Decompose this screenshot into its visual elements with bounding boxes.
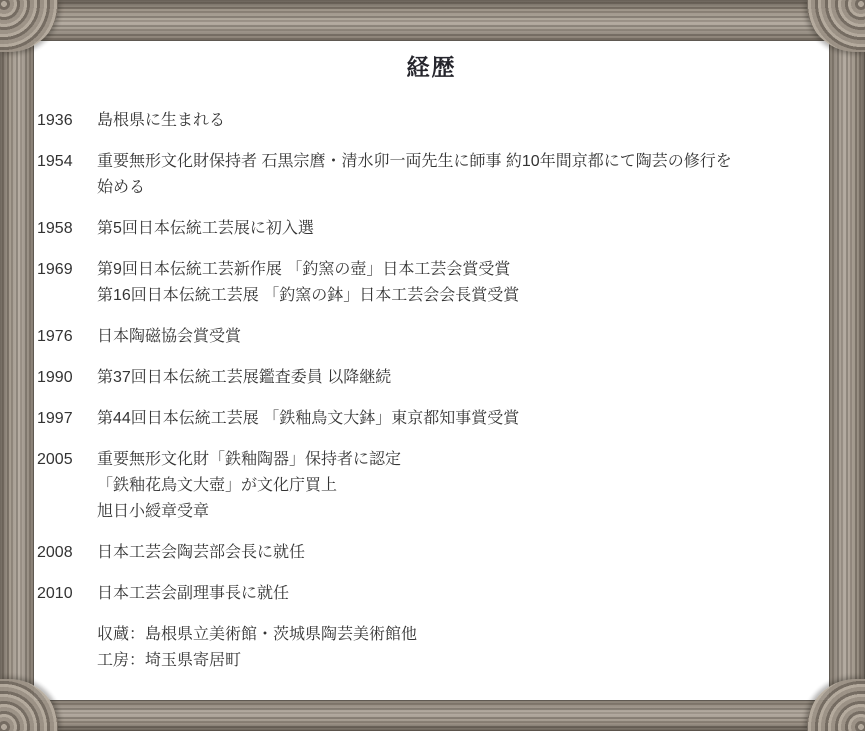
frame-left-edge xyxy=(0,40,34,701)
frame-right-edge xyxy=(829,40,865,701)
timeline-entry: 1990 第37回日本伝統工芸展鑑査委員 以降継続 xyxy=(37,365,820,391)
entry-line: 第44回日本伝統工芸展 「鉄釉鳥文大鉢」東京都知事賞受賞 xyxy=(97,406,820,432)
entry-lines: 島根県に生まれる xyxy=(97,108,820,134)
timeline-entry: 1969 第9回日本伝統工芸新作展 「釣窯の壺」日本工芸会賞受賞第16回日本伝統… xyxy=(37,257,820,309)
entry-line: 収蔵：島根県立美術館・茨城県陶芸美術館他 xyxy=(97,622,820,648)
timeline-entry: 1958 第5回日本伝統工芸展に初入選 xyxy=(37,216,820,242)
page-title: 経歴 xyxy=(33,50,830,86)
entry-line: 島根県に生まれる xyxy=(97,108,820,134)
entry-line: 第16回日本伝統工芸展 「釣窯の鉢」日本工芸会会長賞受賞 xyxy=(97,283,820,309)
entry-line: 第9回日本伝統工芸新作展 「釣窯の壺」日本工芸会賞受賞 xyxy=(97,257,820,283)
entry-line: 工房：埼玉県寄居町 xyxy=(97,648,820,674)
entry-line: 始める xyxy=(97,175,820,201)
entry-year: 1976 xyxy=(37,324,97,350)
timeline-entry: 1997 第44回日本伝統工芸展 「鉄釉鳥文大鉢」東京都知事賞受賞 xyxy=(37,406,820,432)
timeline-entry: 収蔵：島根県立美術館・茨城県陶芸美術館他工房：埼玉県寄居町 xyxy=(37,622,820,674)
timeline: 1936 島根県に生まれる 1954 重要無形文化財保持者 石黒宗麿・清水卯一両… xyxy=(33,108,830,674)
timeline-entry: 1954 重要無形文化財保持者 石黒宗麿・清水卯一両先生に師事 約10年間京都に… xyxy=(37,149,820,201)
entry-lines: 重要無形文化財「鉄釉陶器」保持者に認定「鉄釉花鳥文大壺」が文化庁買上旭日小綬章受… xyxy=(97,447,820,525)
entry-year: 1969 xyxy=(37,257,97,283)
timeline-entry: 1976 日本陶磁協会賞受賞 xyxy=(37,324,820,350)
entry-lines: 第37回日本伝統工芸展鑑査委員 以降継続 xyxy=(97,365,820,391)
entry-year: 2005 xyxy=(37,447,97,473)
timeline-entry: 2005 重要無形文化財「鉄釉陶器」保持者に認定「鉄釉花鳥文大壺」が文化庁買上旭… xyxy=(37,447,820,525)
entry-lines: 第44回日本伝統工芸展 「鉄釉鳥文大鉢」東京都知事賞受賞 xyxy=(97,406,820,432)
timeline-entry: 1936 島根県に生まれる xyxy=(37,108,820,134)
entry-lines: 日本工芸会副理事長に就任 xyxy=(97,581,820,607)
entry-line: 第37回日本伝統工芸展鑑査委員 以降継続 xyxy=(97,365,820,391)
timeline-entry: 2010 日本工芸会副理事長に就任 xyxy=(37,581,820,607)
entry-year: 1997 xyxy=(37,406,97,432)
entry-lines: 第5回日本伝統工芸展に初入選 xyxy=(97,216,820,242)
entry-line: 重要無形文化財「鉄釉陶器」保持者に認定 xyxy=(97,447,820,473)
frame-bottom-edge xyxy=(0,700,865,731)
entry-line: 日本工芸会陶芸部会長に就任 xyxy=(97,540,820,566)
entry-line: 日本工芸会副理事長に就任 xyxy=(97,581,820,607)
entry-line: 旭日小綬章受章 xyxy=(97,499,820,525)
entry-line: 「鉄釉花鳥文大壺」が文化庁買上 xyxy=(97,473,820,499)
biography-document: 経歴 1936 島根県に生まれる 1954 重要無形文化財保持者 石黒宗麿・清水… xyxy=(33,40,830,701)
entry-lines: 第9回日本伝統工芸新作展 「釣窯の壺」日本工芸会賞受賞第16回日本伝統工芸展 「… xyxy=(97,257,820,309)
entry-year: 1936 xyxy=(37,108,97,134)
entry-lines: 収蔵：島根県立美術館・茨城県陶芸美術館他工房：埼玉県寄居町 xyxy=(97,622,820,674)
entry-line: 第5回日本伝統工芸展に初入選 xyxy=(97,216,820,242)
timeline-entry: 2008 日本工芸会陶芸部会長に就任 xyxy=(37,540,820,566)
frame-top-edge xyxy=(0,0,865,41)
entry-lines: 日本工芸会陶芸部会長に就任 xyxy=(97,540,820,566)
entry-line: 日本陶磁協会賞受賞 xyxy=(97,324,820,350)
entry-year: 1990 xyxy=(37,365,97,391)
entry-year: 2008 xyxy=(37,540,97,566)
entry-line: 重要無形文化財保持者 石黒宗麿・清水卯一両先生に師事 約10年間京都にて陶芸の修… xyxy=(97,149,820,175)
entry-year: 2010 xyxy=(37,581,97,607)
framed-biography-page: 経歴 1936 島根県に生まれる 1954 重要無形文化財保持者 石黒宗麿・清水… xyxy=(0,0,865,731)
entry-year: 1958 xyxy=(37,216,97,242)
entry-lines: 重要無形文化財保持者 石黒宗麿・清水卯一両先生に師事 約10年間京都にて陶芸の修… xyxy=(97,149,820,201)
entry-lines: 日本陶磁協会賞受賞 xyxy=(97,324,820,350)
entry-year: 1954 xyxy=(37,149,97,175)
